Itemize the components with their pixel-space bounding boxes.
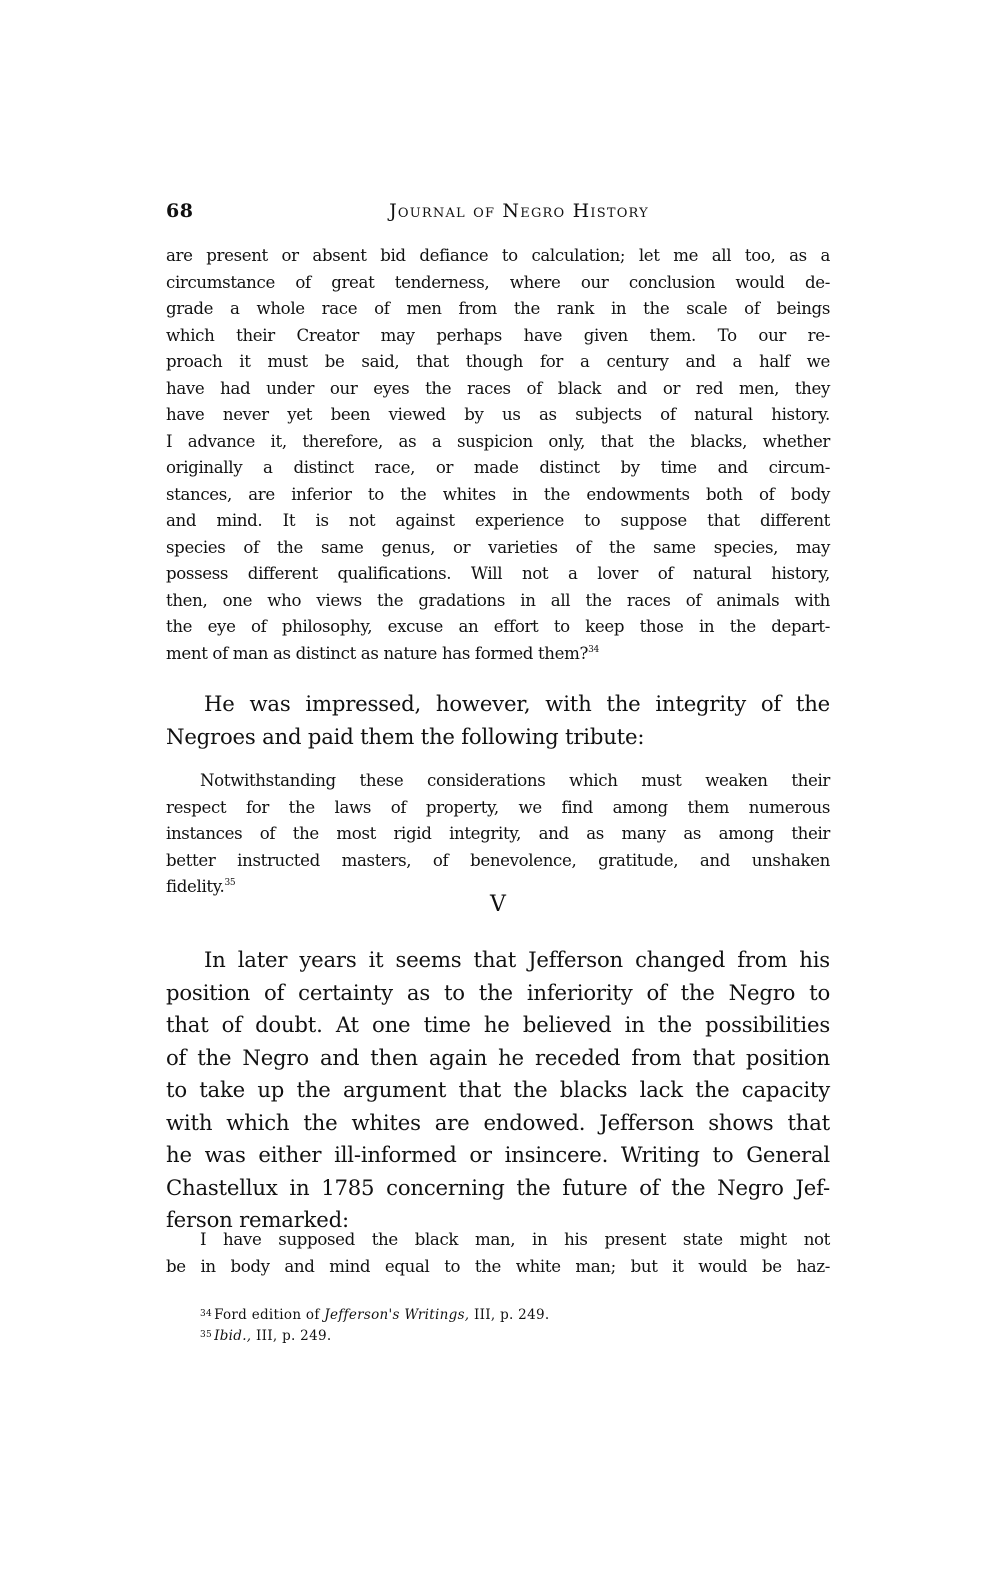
text-line: that of doubt. At one time he believed i… [166,1009,830,1042]
footnotes: 34Ford edition of Jefferson's Writings, … [200,1304,800,1346]
text-line: He was impressed, however, with the inte… [166,688,830,721]
text-line: Chastellux in 1785 concerning the future… [166,1172,830,1205]
block-quote-2: Notwithstanding these considerations whi… [166,768,830,901]
text-line: are present or absent bid defiance to ca… [166,243,830,270]
text-line: with which the whites are endowed. Jeffe… [166,1107,830,1140]
text-line: species of the same genus, or varieties … [166,535,830,562]
text-line: be in body and mind equal to the white m… [166,1254,830,1281]
text-line: to take up the argument that the blacks … [166,1074,830,1107]
text-line: and mind. It is not against experience t… [166,508,830,535]
text-line: have never yet been viewed by us as subj… [166,402,830,429]
text-line: I advance it, therefore, as a suspicion … [166,429,830,456]
document-page: 68 Journal of Negro History are present … [0,0,1000,1574]
text-line: I have supposed the black man, in his pr… [166,1227,830,1254]
citation-title: Ibid., [214,1328,251,1344]
text-line: Negroes and paid them the following trib… [166,721,830,754]
paragraph-2: In later years it seems that Jefferson c… [166,944,830,1237]
section-heading: V [166,892,830,917]
journal-title: Journal of Negro History [166,200,832,222]
block-quote-1: are present or absent bid defiance to ca… [166,243,830,667]
paragraph-1: He was impressed, however, with the inte… [166,688,830,753]
footnote-reference[interactable]: 35 [224,878,235,888]
text-line: Notwithstanding these considerations whi… [166,768,830,795]
text-line: instances of the most rigid integrity, a… [166,821,830,848]
text-line: grade a whole race of men from the rank … [166,296,830,323]
footnote-reference[interactable]: 34 [588,645,599,655]
text-line: position of certainty as to the inferior… [166,977,830,1010]
text-line: of the Negro and then again he receded f… [166,1042,830,1075]
text-line: have had under our eyes the races of bla… [166,376,830,403]
text-line: circumstance of great tenderness, where … [166,270,830,297]
running-head: 68 Journal of Negro History [166,200,832,230]
text-line: proach it must be said, that though for … [166,349,830,376]
block-quote-3: I have supposed the black man, in his pr… [166,1227,830,1280]
footnote-number: 35 [200,1330,212,1340]
text-line: originally a distinct race, or made dist… [166,455,830,482]
text-line: ment of man as distinct as nature has fo… [166,641,830,668]
text-line: then, one who views the gradations in al… [166,588,830,615]
text-line: possess different qualifications. Will n… [166,561,830,588]
text-line: stances, are inferior to the whites in t… [166,482,830,509]
footnote-34: 34Ford edition of Jefferson's Writings, … [200,1304,800,1325]
text-line: the eye of philosophy, excuse an effort … [166,614,830,641]
text-line: In later years it seems that Jefferson c… [166,944,830,977]
footnote-35: 35Ibid., III, p. 249. [200,1325,800,1346]
footnote-number: 34 [200,1309,212,1319]
citation-title: Jefferson's Writings, [324,1307,469,1323]
text-line: better instructed masters, of benevolenc… [166,848,830,875]
text-line: he was either ill-informed or insincere.… [166,1139,830,1172]
text-line: respect for the laws of property, we fin… [166,795,830,822]
text-line: which their Creator may perhaps have giv… [166,323,830,350]
